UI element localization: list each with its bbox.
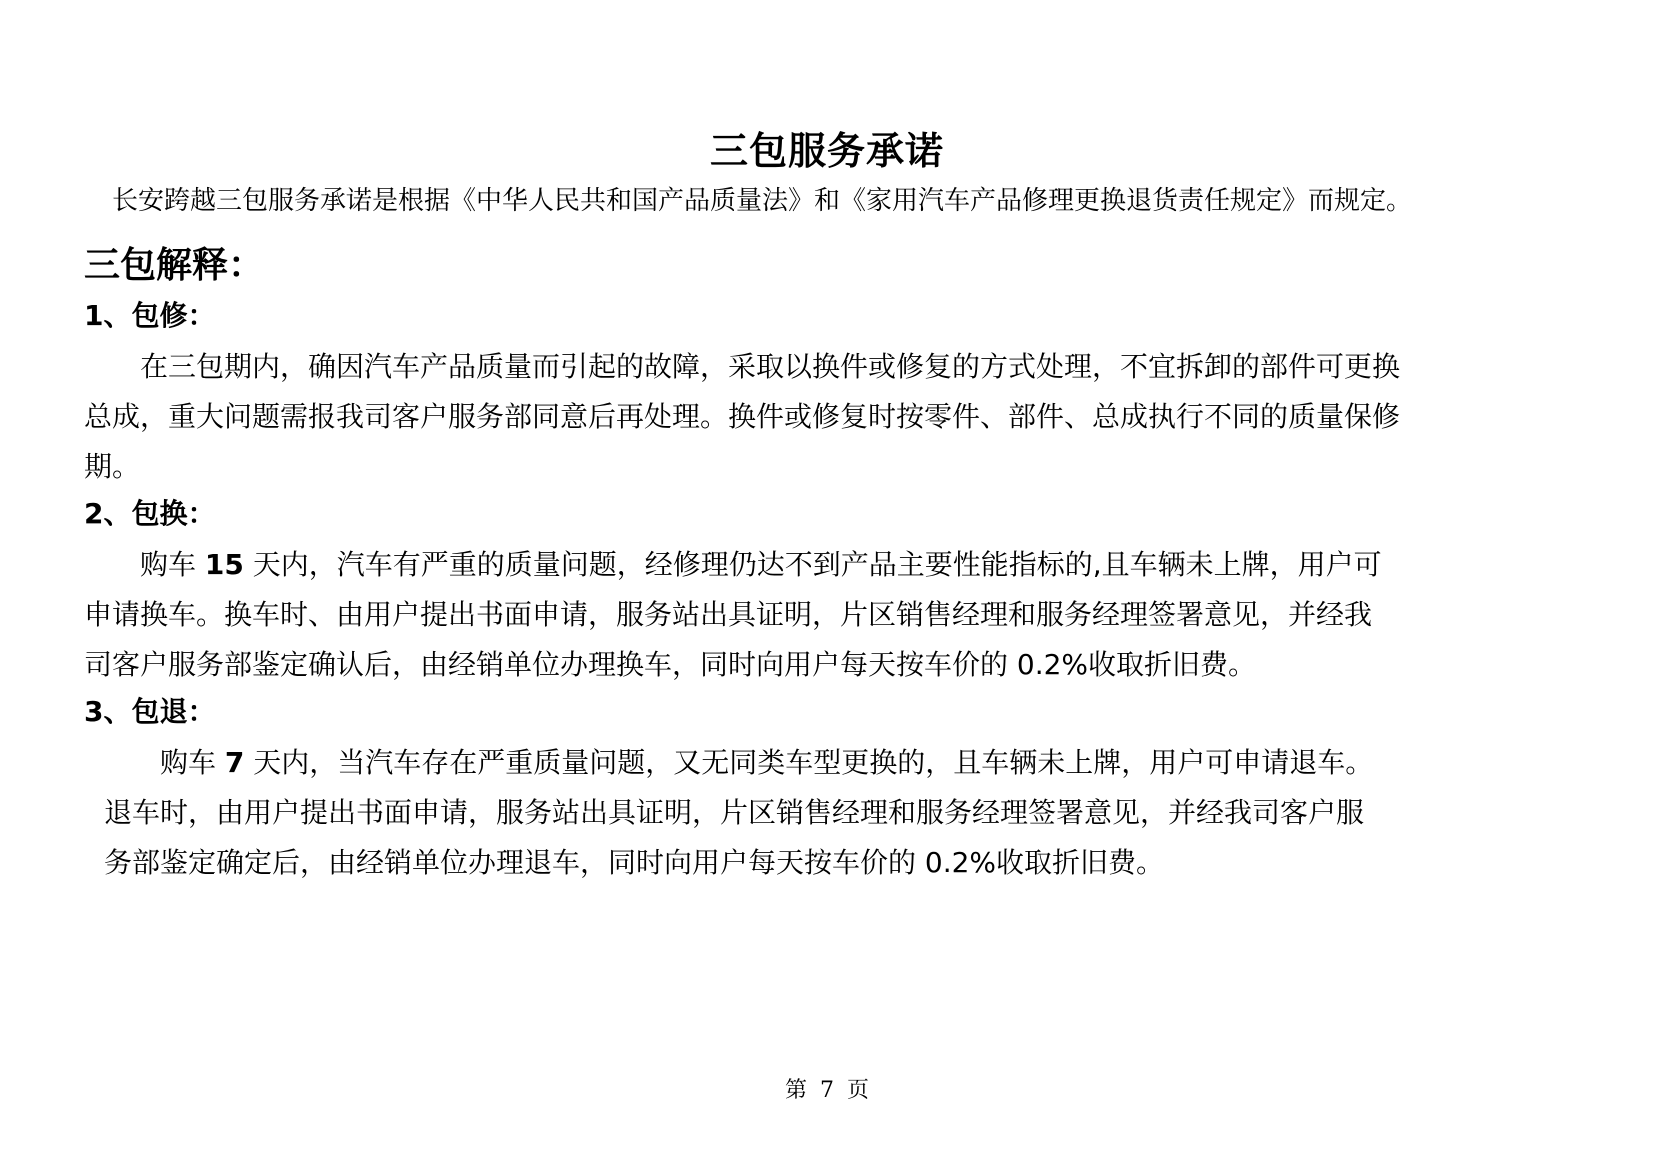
item-body-replacement: 购车 15 天内，汽车有严重的质量问题，经修理仍达不到产品主要性能指标的,且车辆…	[84, 540, 1382, 690]
paragraph-line: 退车时，由用户提出书面申请，服务站出具证明，片区销售经理和服务经理签署意见，并经…	[104, 788, 1373, 838]
document-title: 三包服务承诺	[0, 128, 1654, 174]
item-heading-refund: 3、包退：	[84, 694, 215, 730]
document-page: 三包服务承诺 长安跨越三包服务承诺是根据《中华人民共和国产品质量法》和《家用汽车…	[0, 0, 1654, 1166]
intro-paragraph: 长安跨越三包服务承诺是根据《中华人民共和国产品质量法》和《家用汽车产品修理更换退…	[112, 184, 1412, 218]
text-run: 购车	[104, 746, 225, 779]
days-number: 7	[225, 746, 244, 779]
paragraph-line: 购车 15 天内，汽车有严重的质量问题，经修理仍达不到产品主要性能指标的,且车辆…	[84, 540, 1382, 590]
paragraph-line: 申请换车。换车时、由用户提出书面申请，服务站出具证明，片区销售经理和服务经理签署…	[84, 590, 1382, 640]
paragraph-line: 总成，重大问题需报我司客户服务部同意后再处理。换件或修复时按零件、部件、总成执行…	[84, 392, 1400, 442]
page-number: 第 7 页	[0, 1076, 1654, 1106]
paragraph-line: 务部鉴定确定后，由经销单位办理退车，同时向用户每天按车价的 0.2%收取折旧费。	[104, 838, 1373, 888]
item-body-repair: 在三包期内，确因汽车产品质量而引起的故障，采取以换件或修复的方式处理，不宜拆卸的…	[84, 342, 1400, 492]
paragraph-line: 期。	[84, 442, 1400, 492]
section-heading-three-guarantees: 三包解释：	[84, 244, 264, 288]
days-number: 15	[205, 548, 244, 581]
text-run: 购车	[84, 548, 205, 581]
text-run: 天内，当汽车存在严重质量问题，又无同类车型更换的，且车辆未上牌，用户可申请退车。	[244, 746, 1373, 779]
paragraph-line: 在三包期内，确因汽车产品质量而引起的故障，采取以换件或修复的方式处理，不宜拆卸的…	[84, 342, 1400, 392]
text-run: 天内，汽车有严重的质量问题，经修理仍达不到产品主要性能指标的,且车辆未上牌，用户…	[244, 548, 1382, 581]
item-heading-repair: 1、包修：	[84, 298, 215, 334]
item-heading-replacement: 2、包换：	[84, 496, 215, 532]
paragraph-line: 购车 7 天内，当汽车存在严重质量问题，又无同类车型更换的，且车辆未上牌，用户可…	[104, 738, 1373, 788]
item-body-refund: 购车 7 天内，当汽车存在严重质量问题，又无同类车型更换的，且车辆未上牌，用户可…	[104, 738, 1373, 888]
paragraph-line: 司客户服务部鉴定确认后，由经销单位办理换车，同时向用户每天按车价的 0.2%收取…	[84, 640, 1382, 690]
